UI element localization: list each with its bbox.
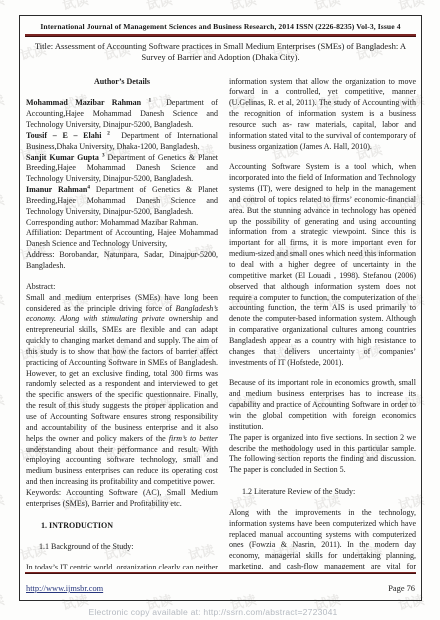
abstract-seg-2: ownership and entrepreneurial skills, SM… bbox=[26, 314, 218, 442]
abstract-seg-3: understanding about their performance an… bbox=[26, 445, 218, 487]
author-superscript: 4 bbox=[87, 184, 90, 190]
author-entry-2: Tousif – E – Elahi 2 Department of Inter… bbox=[26, 131, 218, 153]
journal-url-link[interactable]: http://www.ijmsbr.com bbox=[26, 584, 103, 593]
abstract-seg-italic-2: firm’s to better bbox=[169, 434, 218, 443]
author-superscript: 2 bbox=[107, 130, 110, 136]
author-name: Mohammad Mazibar Rahman bbox=[26, 98, 141, 107]
abstract-text: Small and medium enterprises (SMEs) have… bbox=[26, 293, 218, 488]
subsection-heading-background: 1.1 Background of the Study: bbox=[26, 542, 218, 553]
body-paragraph-1: information system that allow the organi… bbox=[229, 77, 416, 153]
author-name: Tousif – E – Elahi bbox=[26, 131, 101, 140]
section-heading-introduction: 1. INTRODUCTION bbox=[26, 521, 218, 532]
author-entry-3: Sanjit Kumar Gupta 3 Department of Genet… bbox=[26, 153, 218, 186]
author-entry-4: Imanur Rahman4 Department of Genetics & … bbox=[26, 185, 218, 218]
author-name: Sanjit Kumar Gupta bbox=[26, 153, 99, 162]
page-number: Page 76 bbox=[388, 584, 415, 593]
address-line: Address: Borobandar, Natunpara, Sadar, D… bbox=[26, 250, 218, 272]
footer: http://www.ijmsbr.com Page 76 bbox=[26, 584, 415, 593]
subsection-heading-literature-review: 1.2 Literature Review of the Study: bbox=[229, 487, 416, 498]
keywords-line: Keywords: Accounting Software (AC), Smal… bbox=[26, 488, 218, 510]
body-paragraph-4: The paper is organized into five section… bbox=[229, 433, 416, 476]
body-paragraph-5: Along with the improvements in the techn… bbox=[229, 508, 416, 569]
page-title: Title: Assessment of Accounting Software… bbox=[20, 41, 421, 63]
abstract-heading: Abstract: bbox=[26, 282, 218, 293]
left-column: Author’s Details Mohammad Mazibar Rahman… bbox=[26, 77, 218, 569]
author-superscript: 1 bbox=[149, 98, 152, 104]
two-column-body: Author’s Details Mohammad Mazibar Rahman… bbox=[20, 77, 421, 569]
body-paragraph-3: Because of its important role in economi… bbox=[229, 378, 416, 432]
footer-rule bbox=[25, 572, 416, 574]
background-paragraph: In today’s IT centric world, organizatio… bbox=[26, 563, 218, 568]
author-entry-1: Mohammad Mazibar Rahman 1 Department of … bbox=[26, 98, 218, 131]
affiliation-line: Affiliation: Department of Accounting, H… bbox=[26, 228, 218, 250]
authors-heading: Author’s Details bbox=[26, 77, 218, 88]
corresponding-author-line: Corresponding author: Mohammad Mazibar R… bbox=[26, 218, 218, 229]
ssrn-copy-notice: Electronic copy available at: http://ssr… bbox=[0, 607, 426, 617]
author-superscript: 3 bbox=[102, 152, 105, 158]
page-border: International Journal of Management Scie… bbox=[19, 15, 422, 601]
author-name: Imanur Rahman bbox=[26, 185, 87, 194]
right-column: information system that allow the organi… bbox=[229, 77, 416, 569]
body-paragraph-2: Accounting Software System is a tool whi… bbox=[229, 162, 416, 368]
journal-header: International Journal of Management Scie… bbox=[20, 22, 421, 31]
header-rule bbox=[25, 34, 416, 37]
